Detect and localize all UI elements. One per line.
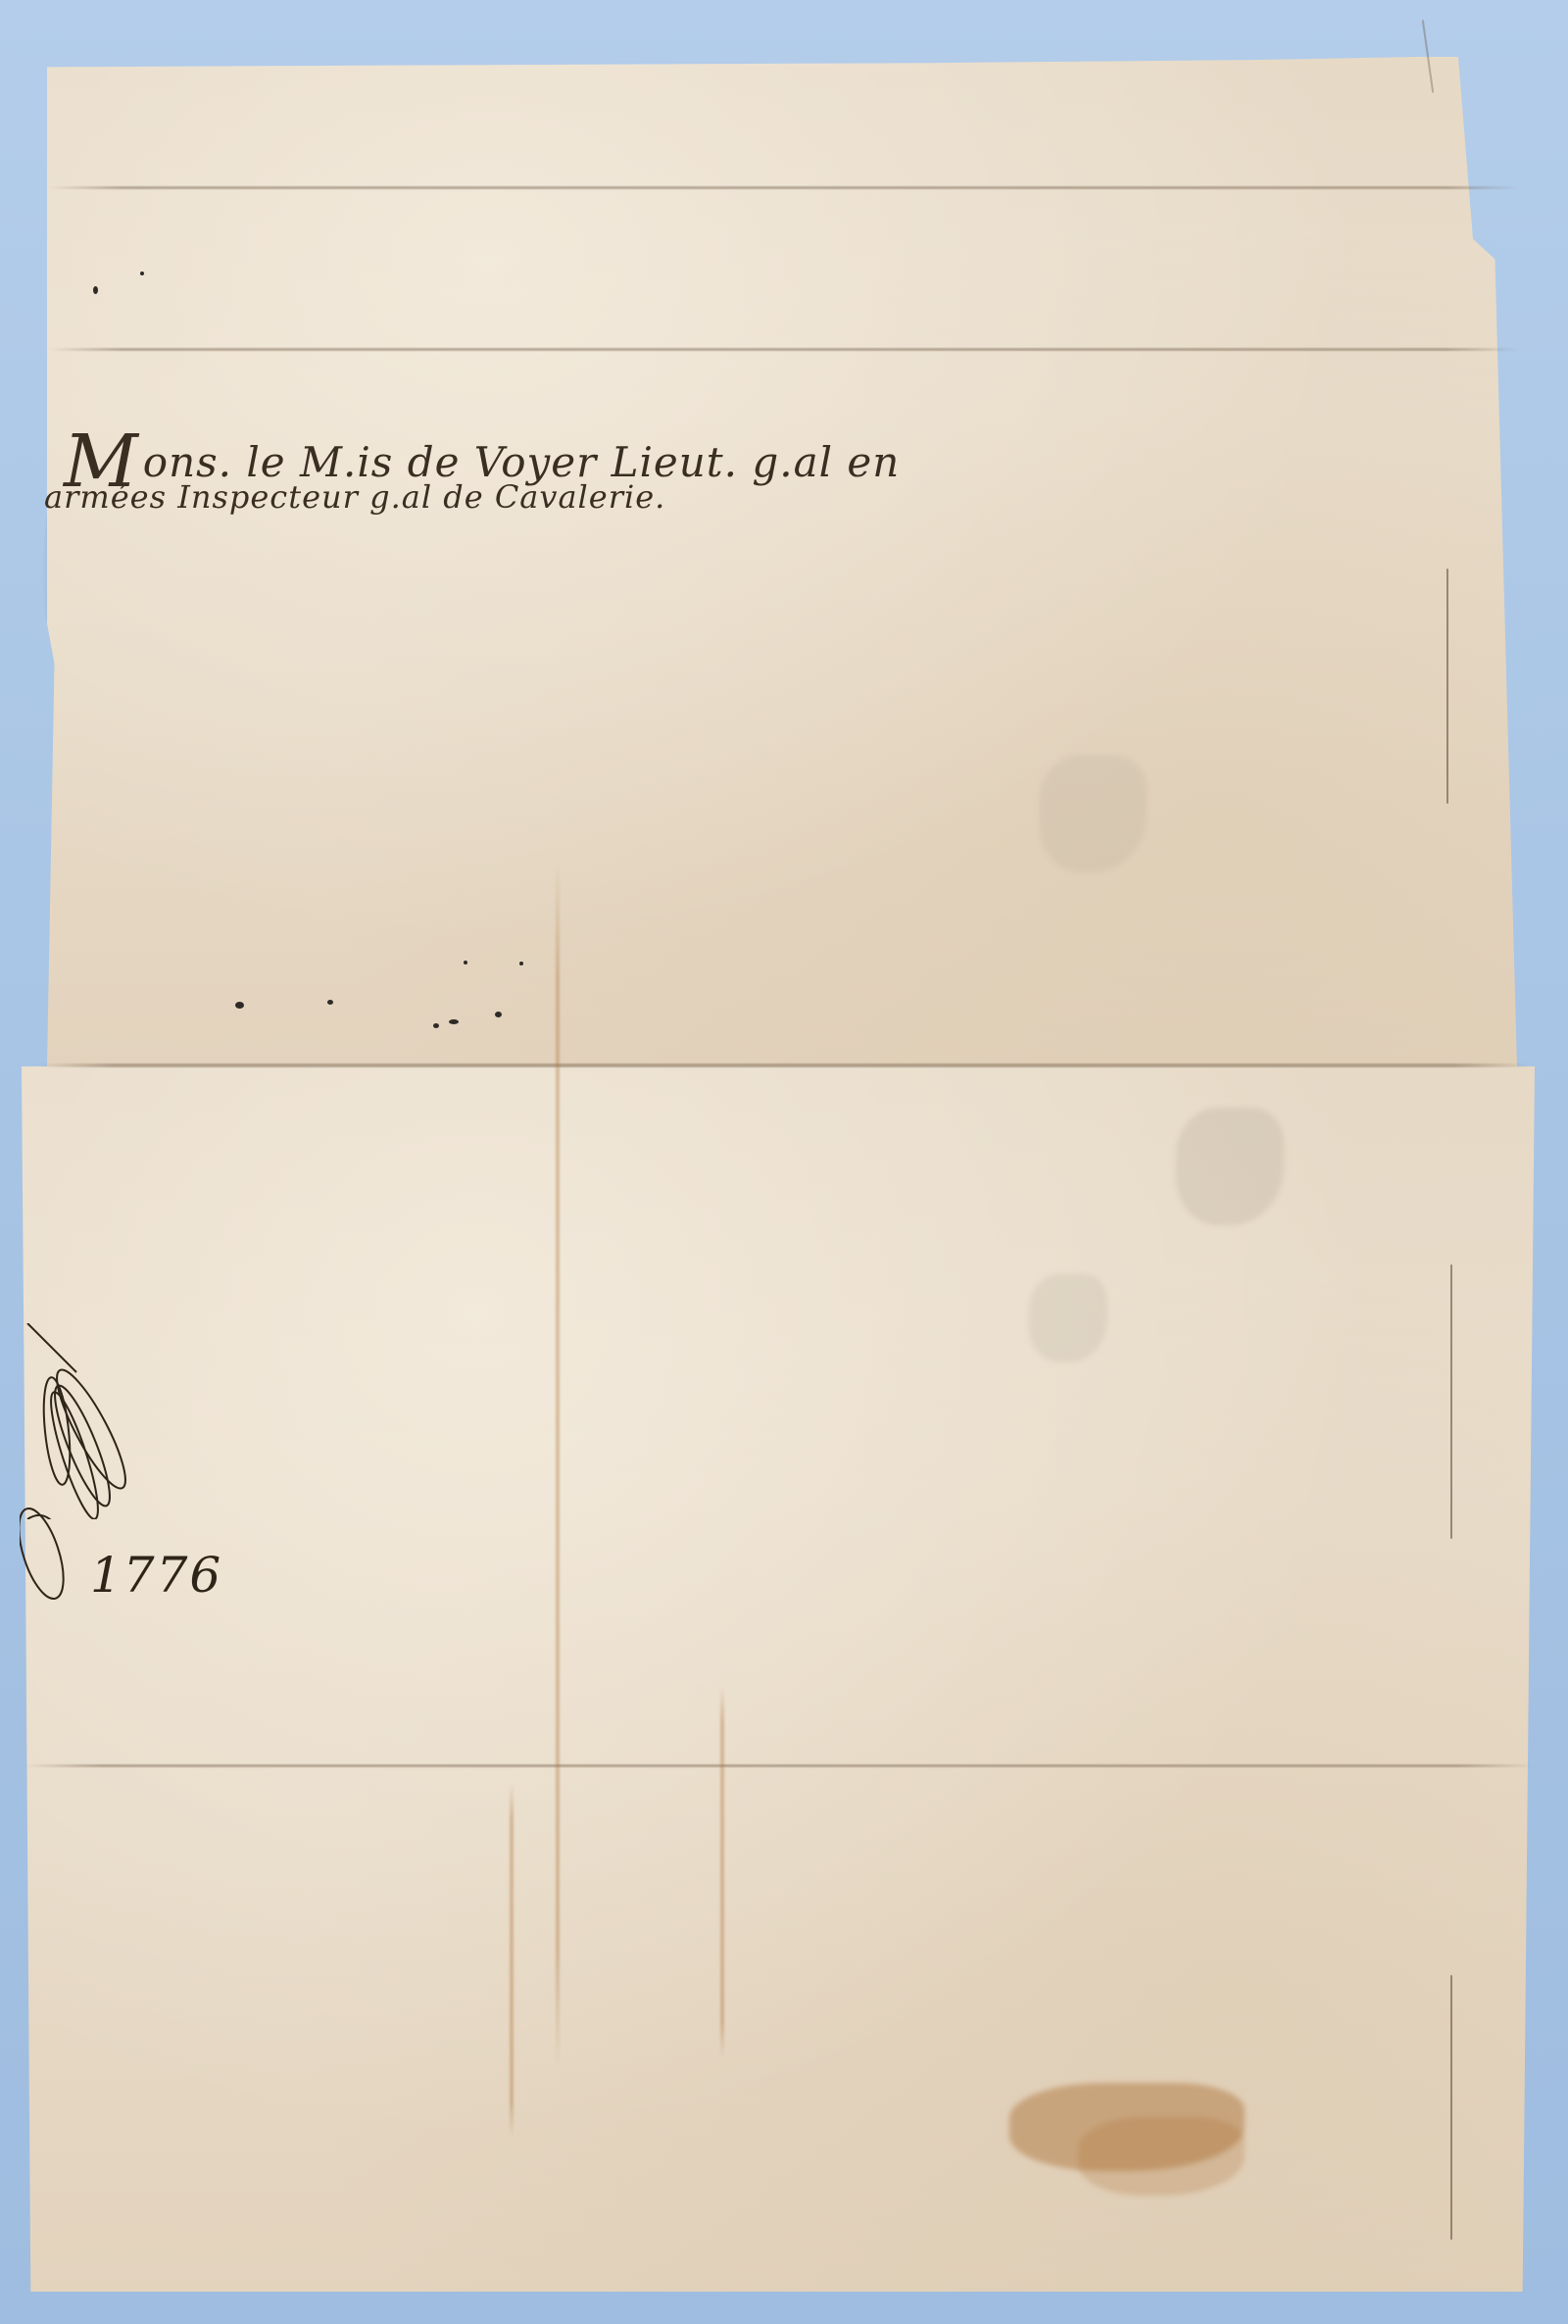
foxing (1029, 1274, 1107, 1362)
fold-discoloration (556, 863, 560, 2068)
foxing (1039, 755, 1147, 872)
crease (1450, 1264, 1452, 1539)
signature-flourish-icon (18, 1323, 155, 1519)
fold-discoloration (720, 1686, 724, 2058)
rust-stain (1078, 2117, 1245, 2196)
ink-speck (519, 962, 523, 965)
ink-speck (235, 1002, 244, 1009)
ink-speck (327, 1000, 333, 1005)
paper-lower-panel (22, 1066, 1535, 2292)
fold-line (49, 186, 1519, 189)
crease (1446, 569, 1448, 804)
fold-line (39, 1063, 1529, 1067)
fold-discoloration (510, 1784, 514, 2137)
ink-speck (433, 1023, 439, 1028)
fold-line (49, 348, 1519, 351)
ink-speck (140, 272, 144, 275)
paraph-lower-loop-icon (20, 1500, 78, 1607)
address-line-2: armées Inspecteur g.al de Cavalerie. (44, 478, 665, 516)
paper-upper-panel (47, 57, 1517, 1068)
docket-year: 1776 (90, 1547, 222, 1604)
ink-speck (93, 286, 98, 294)
ink-speck (449, 1019, 459, 1024)
foxing (1176, 1108, 1284, 1225)
crease (1450, 1975, 1452, 2240)
ink-speck (464, 961, 467, 964)
letter-sheet: Mons. le M.is de Voyer Lieut. g.al en ar… (0, 0, 1568, 2324)
fold-line (24, 1764, 1534, 1767)
ink-speck (495, 1012, 502, 1017)
